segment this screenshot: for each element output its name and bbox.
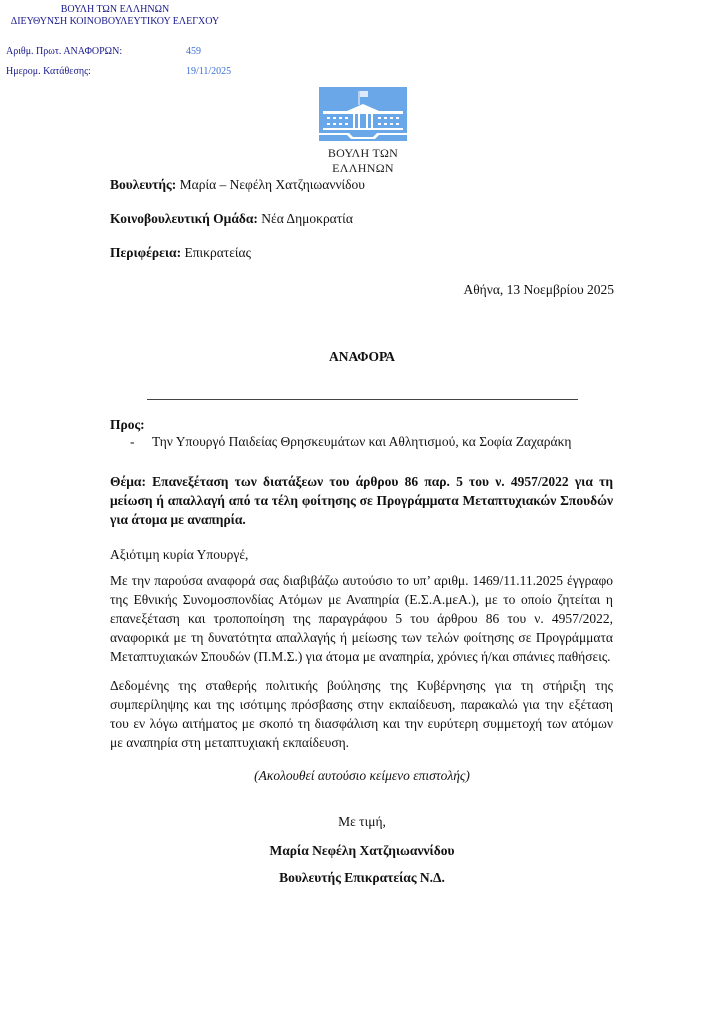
protocol-value: 459 [186,46,201,57]
mp-label: Βουλευτής: [110,177,176,192]
hellenic-parliament-building-icon [319,87,407,141]
region-value: Επικρατείας [184,245,250,260]
parliamentary-group-label: Κοινοβουλευτική Ομάδα: [110,211,258,226]
region-label: Περιφέρεια: [110,245,181,260]
subject: Θέμα: Επανεξέταση των διατάξεων του άρθρ… [110,472,613,529]
body-paragraph-2: Δεδομένης της σταθερής πολιτικής βούληση… [110,676,613,752]
protocol-label: Αριθμ. Πρωτ. ΑΝΑΦΟΡΩΝ: [6,46,122,57]
org-name: ΒΟΥΛΗ ΤΩΝ ΕΛΛΗΝΩΝ [0,4,230,16]
bullet-dash: - [130,434,152,450]
body-paragraph-1: Με την παρούσα αναφορά σας διαβιβάζω αυτ… [110,571,613,666]
horizontal-rule [147,399,578,400]
mp-field: Βουλευτής: Μαρία – Νεφέλη Χατζηιωαννίδου [110,177,365,193]
closing-salutation: Με τιμή, [0,814,724,830]
logo-caption: ΒΟΥΛΗ ΤΩΝ ΕΛΛΗΝΩΝ [300,146,426,176]
recipient-item: -Την Υπουργό Παιδείας Θρησκευμάτων και Α… [130,434,571,450]
greeting: Αξιότιμη κυρία Υπουργέ, [110,547,248,563]
document-title: ΑΝΑΦΟΡΑ [0,349,724,365]
submission-date-label: Ημερομ. Κατάθεσης: [6,66,91,77]
submission-date-value: 19/11/2025 [186,66,231,77]
region-field: Περιφέρεια: Επικρατείας [110,245,251,261]
signer-name: Μαρία Νεφέλη Χατζηιωαννίδου [0,843,724,859]
recipient-text: Την Υπουργό Παιδείας Θρησκευμάτων και Αθ… [152,434,571,449]
attachment-note: (Ακολουθεί αυτούσιο κείμενο επιστολής) [0,768,724,784]
parliamentary-group-field: Κοινοβουλευτική Ομάδα: Νέα Δημοκρατία [110,211,353,227]
recipient-label: Προς: [110,417,145,433]
parliamentary-group-value: Νέα Δημοκρατία [261,211,353,226]
signer-title: Βουλευτής Επικρατείας Ν.Δ. [0,870,724,886]
mp-value: Μαρία – Νεφέλη Χατζηιωαννίδου [180,177,365,192]
org-department: ΔΙΕΥΘΥΝΣΗ ΚΟΙΝΟΒΟΥΛΕΥΤΙΚΟΥ ΕΛΕΓΧΟΥ [0,16,230,28]
place-date: Αθήνα, 13 Νοεμβρίου 2025 [463,282,614,298]
org-header: ΒΟΥΛΗ ΤΩΝ ΕΛΛΗΝΩΝ ΔΙΕΥΘΥΝΣΗ ΚΟΙΝΟΒΟΥΛΕΥΤ… [0,4,230,28]
